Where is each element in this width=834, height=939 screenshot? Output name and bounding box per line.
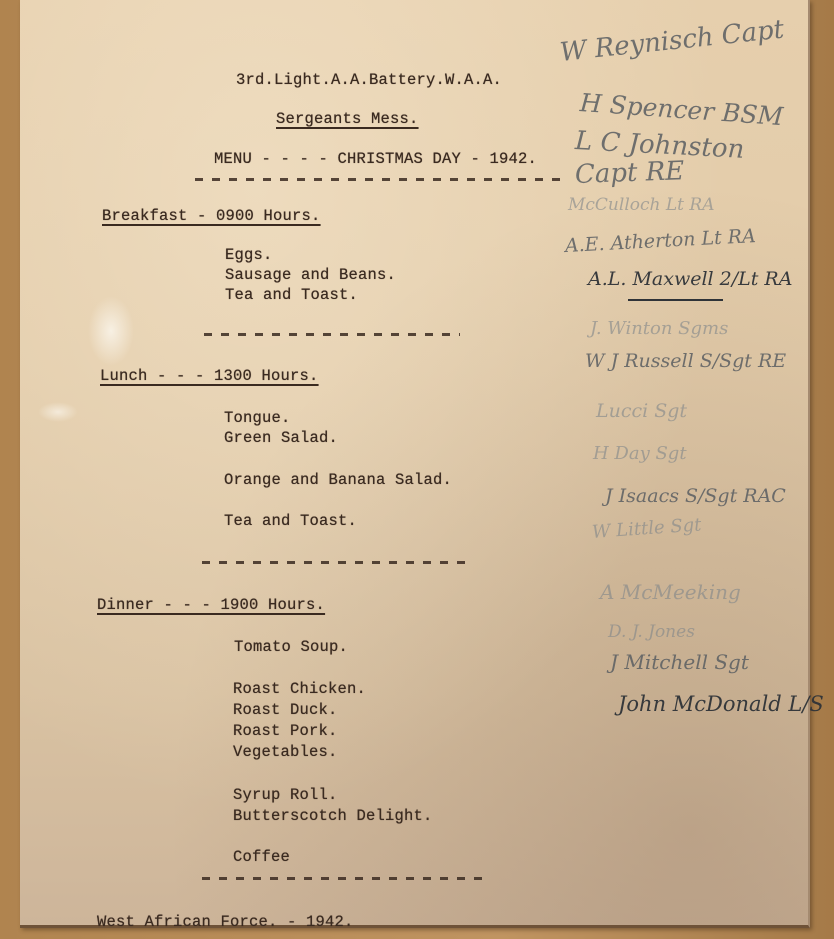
signature-underline — [628, 299, 723, 301]
menu-item: Roast Chicken. — [233, 680, 366, 698]
mess-title: Sergeants Mess. — [276, 110, 419, 128]
dinner-heading: Dinner - - - 1900 Hours. — [97, 596, 325, 614]
menu-item: Roast Pork. — [233, 722, 338, 740]
paper-stain — [38, 402, 78, 422]
signature: John McDonald L/S — [618, 692, 824, 716]
signature: H Day Sgt — [593, 443, 687, 464]
menu-item: Roast Duck. — [233, 701, 338, 719]
divider — [204, 333, 460, 336]
menu-item: Green Salad. — [224, 429, 338, 447]
signature: W J Russell S/Sgt RE — [585, 350, 786, 372]
signature: Capt RE — [574, 156, 684, 190]
signature: J. Winton Sgms — [590, 318, 728, 339]
signature: J Isaacs S/Sgt RAC — [605, 485, 786, 507]
signature: McCulloch Lt RA — [568, 195, 714, 215]
menu-item: Vegetables. — [233, 743, 338, 761]
divider — [195, 178, 565, 181]
footer-line: West African Force. - 1942. — [97, 913, 354, 931]
divider — [202, 877, 482, 880]
menu-item: Tongue. — [224, 409, 291, 427]
breakfast-heading: Breakfast - 0900 Hours. — [102, 207, 321, 225]
menu-item: Orange and Banana Salad. — [224, 471, 452, 489]
signature: D. J. Jones — [608, 622, 695, 642]
divider — [202, 561, 470, 564]
menu-item-corrected: Coffee — [233, 848, 290, 866]
menu-item: Tea and Toast. — [224, 512, 357, 530]
menu-item: Tomato Soup. — [234, 638, 348, 656]
paper-stain — [88, 296, 134, 366]
menu-item: Eggs. — [225, 246, 273, 264]
unit-title: 3rd.Light.A.A.Battery.W.A.A. — [236, 71, 502, 89]
lunch-heading: Lunch - - - 1300 Hours. — [100, 367, 319, 385]
signature: Lucci Sgt — [596, 400, 687, 422]
menu-item: Tea and Toast. — [225, 286, 358, 304]
signature: J Mitchell Sgt — [610, 650, 749, 674]
menu-item: Sausage and Beans. — [225, 266, 396, 284]
menu-item: Syrup Roll. — [233, 786, 338, 804]
signature: A McMeeking — [600, 580, 741, 604]
signature: A.L. Maxwell 2/Lt RA — [588, 268, 792, 290]
menu-item: Butterscotch Delight. — [233, 807, 433, 825]
menu-title: MENU - - - - CHRISTMAS DAY - 1942. — [214, 150, 537, 168]
